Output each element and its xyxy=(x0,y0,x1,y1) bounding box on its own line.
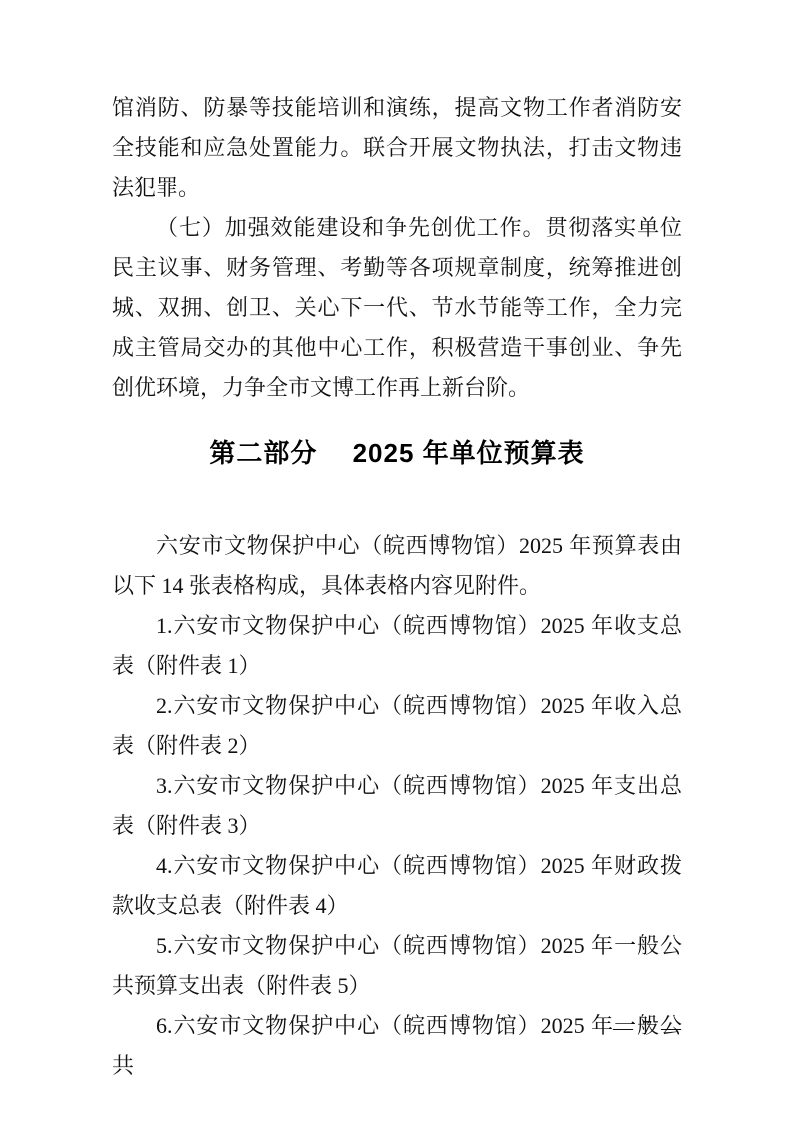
list-item-table-4: 4.六安市文物保护中心（皖西博物馆）2025 年财政拨款收支总表（附件表 4） xyxy=(112,846,682,926)
page-number: — 7 — xyxy=(613,1017,683,1039)
list-item-table-6: 6.六安市文物保护中心（皖西博物馆）2025 年一般公共 xyxy=(112,1006,682,1086)
paragraph-continuation: 馆消防、防暴等技能培训和演练，提高文物工作者消防安全技能和应急处置能力。联合开展… xyxy=(112,88,682,208)
list-item-table-1: 1.六安市文物保护中心（皖西博物馆）2025 年收支总表（附件表 1） xyxy=(112,606,682,686)
paragraph-intro-budget-tables: 六安市文物保护中心（皖西博物馆）2025 年预算表由以下 14 张表格构成，具体… xyxy=(112,526,682,606)
list-item-table-5: 5.六安市文物保护中心（皖西博物馆）2025 年一般公共预算支出表（附件表 5） xyxy=(112,926,682,1006)
page-content: 馆消防、防暴等技能培训和演练，提高文物工作者消防安全技能和应急处置能力。联合开展… xyxy=(112,88,682,1086)
document-page: 馆消防、防暴等技能培训和演练，提高文物工作者消防安全技能和应急处置能力。联合开展… xyxy=(0,0,793,1122)
list-item-table-3: 3.六安市文物保护中心（皖西博物馆）2025 年支出总表（附件表 3） xyxy=(112,766,682,846)
page-footer: — 7 — xyxy=(613,1016,683,1040)
paragraph-item-seven: （七）加强效能建设和争先创优工作。贯彻落实单位民主议事、财务管理、考勤等各项规章… xyxy=(112,208,682,408)
section-heading-part-two: 第二部分 2025 年单位预算表 xyxy=(112,432,682,474)
list-item-table-2: 2.六安市文物保护中心（皖西博物馆）2025 年收入总表（附件表 2） xyxy=(112,686,682,766)
